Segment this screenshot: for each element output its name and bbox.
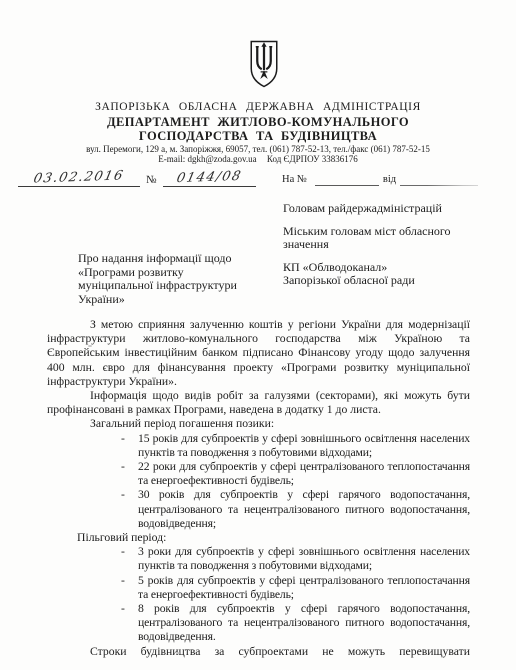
- scan-artifact-speck: [88, 345, 92, 347]
- list-item-text: 15 років для субпроектів у сфері зовнішн…: [138, 432, 470, 459]
- list-item-text: 3 роки для субпроектів у сфері зовнішньо…: [138, 545, 470, 572]
- reply-number-blank: [315, 172, 379, 186]
- dash-marker: -: [121, 488, 125, 502]
- dash-marker: -: [121, 460, 125, 474]
- grace-period-heading: Пільговий період:: [77, 531, 470, 545]
- loan-period-item-22-years: - 22 роки для субпроектів у сфері центра…: [138, 460, 470, 488]
- list-item-text: 5 років для субпроектів у сфері централі…: [138, 574, 470, 601]
- date-field: 03.02.2016: [18, 168, 140, 187]
- handwritten-date: 03.02.2016: [32, 168, 125, 186]
- letter-body: З метою сприяння залученню коштів у регі…: [47, 318, 470, 659]
- dash-marker: -: [121, 574, 125, 588]
- outgoing-number-field: 0144/08: [163, 168, 256, 187]
- loan-period-item-30-years: - 30 років для субпроектів у сфері гаряч…: [138, 488, 470, 531]
- handwritten-number: 0144/08: [175, 169, 243, 186]
- incoming-reference: На № від: [282, 172, 478, 186]
- body-paragraph-annex-info: Інформація щодо видів робіт за галузями …: [47, 389, 470, 417]
- scan-artifact-speck: [176, 652, 180, 654]
- reply-to-label: На №: [282, 174, 307, 186]
- reply-date-blank: [400, 173, 478, 186]
- recipient-oblvodokanal: КП «Облводоканал» Запорізької обласної р…: [283, 261, 493, 288]
- department-name-line2: ГОСПОДАРСТВА ТА БУДІВНИЦТВА: [0, 129, 516, 144]
- number-sign: №: [146, 174, 157, 187]
- body-paragraph-financing-agreement: З метою сприяння залученню коштів у регі…: [47, 318, 470, 389]
- list-item-text: 8 років для субпроектів у сфері гарячого…: [138, 602, 470, 643]
- contact-row: E-mail: dgkh@zoda.gov.ua Код ЄДРПОУ 3383…: [0, 154, 516, 164]
- recipients-block: Головам райдержадміністрацій Міським гол…: [283, 202, 493, 297]
- loan-period-heading: Загальний період погашення позики:: [90, 417, 470, 431]
- list-item-text: 22 роки для субпроектів у сфері централі…: [138, 460, 470, 487]
- organization-name: ЗАПОРІЗЬКА ОБЛАСНА ДЕРЖАВНА АДМІНІСТРАЦІ…: [0, 101, 516, 113]
- dash-marker: -: [121, 602, 125, 616]
- list-item-text: 30 років для субпроектів у сфері гарячог…: [138, 488, 470, 529]
- dash-marker: -: [121, 545, 125, 559]
- grace-period-item-8-years: - 8 років для субпроектів у сфері гарячо…: [138, 602, 470, 645]
- ukraine-trident-emblem: [249, 40, 279, 88]
- closing-line-construction-terms: Строки будівництва за субпроектами не мо…: [47, 645, 470, 659]
- loan-period-item-15-years: - 15 років для субпроектів у сфері зовні…: [138, 432, 470, 460]
- recipient-city-mayors: Міським головам міст обласного значення: [283, 225, 493, 252]
- reply-from-label: від: [383, 174, 396, 186]
- postal-address: вул. Перемоги, 129 а, м. Запоріжжя, 6905…: [0, 144, 516, 154]
- dash-marker: -: [121, 432, 125, 446]
- scanned-letter-page: ЗАПОРІЗЬКА ОБЛАСНА ДЕРЖАВНА АДМІНІСТРАЦІ…: [0, 0, 516, 670]
- email-address: E-mail: dgkh@zoda.gov.ua: [158, 154, 256, 164]
- department-name-line1: ДЕПАРТАМЕНТ ЖИТЛОВО-КОМУНАЛЬНОГО: [0, 115, 516, 130]
- outgoing-reference: 03.02.2016 № 0144/08: [18, 168, 256, 187]
- recipient-rayon-administrations: Головам райдержадміністрацій: [283, 202, 493, 216]
- letter-subject: Про надання інформації щодо «Програми ро…: [78, 252, 254, 306]
- grace-period-item-3-years: - 3 роки для субпроектів у сфері зовнішн…: [138, 545, 470, 573]
- edrpou-code: Код ЄДРПОУ 33836176: [267, 154, 358, 164]
- grace-period-item-5-years: - 5 років для субпроектів у сфері центра…: [138, 574, 470, 602]
